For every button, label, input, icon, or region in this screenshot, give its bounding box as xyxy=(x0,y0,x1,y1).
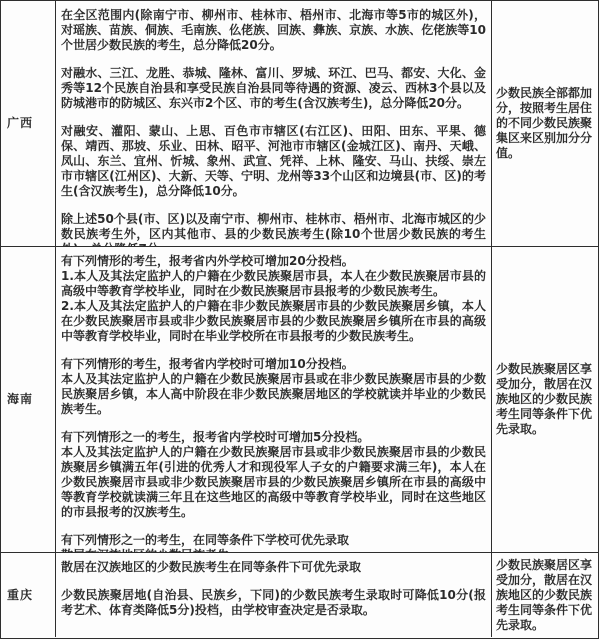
policy-paragraph: 对融安、灌阳、蒙山、上思、百色市市辖区(右江区)、田阳、田东、平果、德保、靖西、… xyxy=(61,124,486,199)
province-label: 广西 xyxy=(7,116,33,131)
province-cell-chongqing: 重庆 xyxy=(1,553,55,637)
province-cell-hainan: 海南 xyxy=(1,247,55,552)
summary-cell-hainan: 少数民族聚居区享受加分，散居在汉族地区的少数民族考生同等条件下优先录取。 xyxy=(491,247,598,552)
summary-text: 少数民族全部都加分，按照考生居住的不同少数民族聚集区来区别加分分值。 xyxy=(496,86,596,161)
policy-paragraph: 在全区范围内(除南宁市、柳州市、桂林市、梧州市、北海市等5市的城区外)，对瑶族、… xyxy=(61,8,486,53)
table-row-hainan: 海南 有下列情形的考生，报考省内外学校可增加20分投档。1.本人及其法定监护人的… xyxy=(1,246,598,552)
policy-cell-hainan: 有下列情形的考生，报考省内外学校可增加20分投档。1.本人及其法定监护人的户籍在… xyxy=(55,247,491,552)
policy-paragraph: 对融水、三江、龙胜、恭城、隆林、富川、罗城、环江、巴马、都安、大化、金秀等12个… xyxy=(61,66,486,111)
policy-paragraph: 散居在汉族地区的少数民族考生在同等条件下可优先录取 xyxy=(61,560,486,575)
policy-paragraph: 少数民族聚居地(自治县、民族乡，下同)的少数民族考生录取时可降低10分(报考艺术… xyxy=(61,588,486,618)
policy-cell-chongqing: 散居在汉族地区的少数民族考生在同等条件下可优先录取少数民族聚居地(自治县、民族乡… xyxy=(55,553,491,637)
summary-text: 少数民族聚居区享受加分，散居在汉族地区的少数民族考生同等条件下优先录取。 xyxy=(496,362,596,437)
policy-paragraph: 有下列情形之一的考生，在同等条件下学校可优先录取散居在汉族地区的少数民族考生。 xyxy=(61,533,486,552)
table-row-chongqing: 重庆 散居在汉族地区的少数民族考生在同等条件下可优先录取少数民族聚居地(自治县、… xyxy=(1,552,598,637)
policy-paragraph: 有下列情形之一的考生，报考省内学校时可增加5分投档。本人及其法定监护人的户籍在少… xyxy=(61,430,486,520)
summary-cell-guangxi: 少数民族全部都加分，按照考生居住的不同少数民族聚集区来区别加分分值。 xyxy=(491,1,598,246)
policy-cell-guangxi: 在全区范围内(除南宁市、柳州市、桂林市、梧州市、北海市等5市的城区外)，对瑶族、… xyxy=(55,1,491,246)
summary-text: 少数民族聚居区享受加分，散居在汉族地区的少数民族考生同等条件下优先录取。 xyxy=(496,558,596,633)
policy-paragraph: 有下列情形的考生，报考省内学校时可增加10分投档。本人及其法定监护人的户籍在少数… xyxy=(61,357,486,417)
province-label: 重庆 xyxy=(7,588,33,603)
minority-policy-table: 广西 在全区范围内(除南宁市、柳州市、桂林市、梧州市、北海市等5市的城区外)，对… xyxy=(0,0,599,639)
province-cell-guangxi: 广西 xyxy=(1,1,55,246)
summary-cell-chongqing: 少数民族聚居区享受加分，散居在汉族地区的少数民族考生同等条件下优先录取。 xyxy=(491,553,598,637)
policy-paragraph: 除上述50个县(市、区)以及南宁市、柳州市、桂林市、梧州市、北海市城区的少数民族… xyxy=(61,212,486,246)
table-row-guangxi: 广西 在全区范围内(除南宁市、柳州市、桂林市、梧州市、北海市等5市的城区外)，对… xyxy=(1,1,598,246)
policy-paragraph: 有下列情形的考生，报考省内外学校可增加20分投档。1.本人及其法定监护人的户籍在… xyxy=(61,254,486,344)
province-label: 海南 xyxy=(7,392,33,407)
